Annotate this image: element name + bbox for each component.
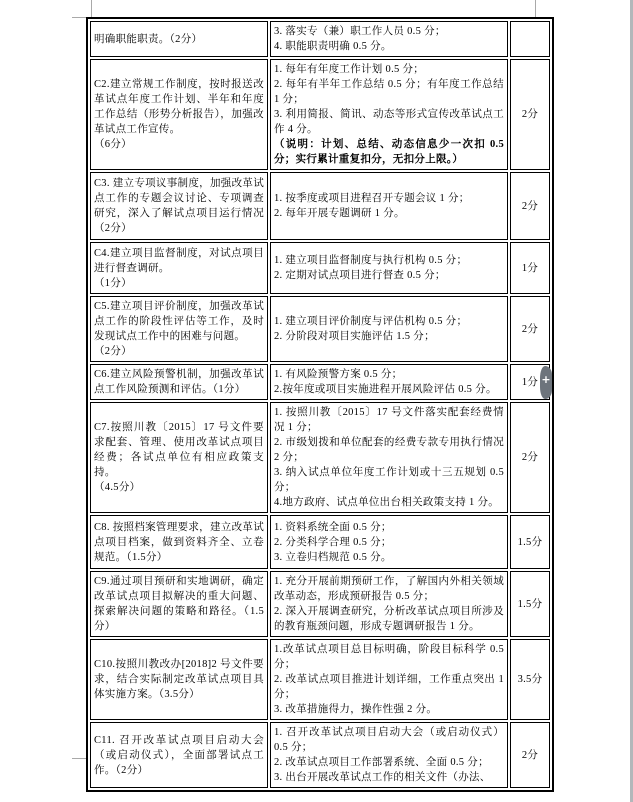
score-cell: 1.5分 <box>510 571 550 637</box>
detail-line: 1.改革试点项目总目标明确，阶段目标科学 0.5 分； <box>274 642 504 672</box>
score-cell <box>510 21 550 57</box>
criteria-cell: C10.按照川教改办[2018]2 号文件要求，结合实际制定改革试点项目具体实施… <box>90 639 268 720</box>
detail-line: 1. 充分开展前期预研工作，了解国内外相关领域改革动态，形成预研报告 0.5 分… <box>274 574 504 604</box>
details-cell: 1. 建立项目监督制度与执行机构 0.5 分；2. 定期对试点项目进行督查 0.… <box>270 242 508 294</box>
criteria-line: （6分） <box>94 137 264 152</box>
score-cell: 2分 <box>510 722 550 788</box>
detail-line: 3. 利用简报、简讯、动态等形式宣传改革试点工作 4 分。 <box>274 107 504 137</box>
table-row: C4.建立项目监督制度，对试点项目进行督查调研。（1分） 1. 建立项目监督制度… <box>90 242 550 294</box>
detail-line: 2. 分阶段对项目实施评估 1.5 分； <box>274 329 504 344</box>
details-cell: 1. 按照川教〔2015〕17 号文件落实配套经费情况 1 分；2. 市级划拨和… <box>270 402 508 513</box>
criteria-cell: C11. 召开改革试点项目启动大会（或启动仪式），全面部署试点工作。（2分） <box>90 722 268 788</box>
table-row: 明确职能职责。（2分） 3. 落实专（兼）职工作人员 0.5 分；4. 职能职责… <box>90 21 550 57</box>
criteria-line: C10.按照川教改办[2018]2 号文件要求，结合实际制定改革试点项目具体实施… <box>94 657 264 702</box>
criteria-line: C6.建立风险预警机制，加强改革试点工作风险预测和评估。（1分） <box>94 367 264 397</box>
score-cell: 2分 <box>510 59 550 170</box>
details-cell: 1. 建立项目评价制度与评估机构 0.5 分；2. 分阶段对项目实施评估 1.5… <box>270 296 508 362</box>
details-cell: 1. 按季度或项目进程召开专题会议 1 分；2. 每年开展专题调研 1 分。 <box>270 172 508 240</box>
plus-handle[interactable]: + <box>540 366 552 399</box>
criteria-cell: C5.建立项目评价制度，加强改革试点工作的阶段性评估等工作，及时发现试点工作中的… <box>90 296 268 362</box>
score-cell: 1.5分 <box>510 515 550 569</box>
score-cell: 2分 <box>510 402 550 513</box>
table-row: C2.建立常规工作制度，按时报送改革试点年度工作计划、半年和年度工作总结（形势分… <box>90 59 550 170</box>
score-cell: 3.5分 <box>510 639 550 720</box>
criteria-cell: 明确职能职责。（2分） <box>90 21 268 57</box>
criteria-line: C4.建立项目监督制度，对试点项目进行督查调研。 <box>94 246 264 276</box>
criteria-line: C2.建立常规工作制度，按时报送改革试点年度工作计划、半年和年度工作总结（形势分… <box>94 77 264 137</box>
score-cell: 1分 <box>510 242 550 294</box>
criteria-cell: C7.按照川教〔2015〕17 号文件要求配套、管理、使用改革试点项目经费；各试… <box>90 402 268 513</box>
plus-icon: + <box>541 374 550 385</box>
details-cell: 1.改革试点项目总目标明确，阶段目标科学 0.5 分；2. 改革试点项目推进计划… <box>270 639 508 720</box>
criteria-line: （4.5分） <box>94 480 264 495</box>
detail-line: 2. 每年开展专题调研 1 分。 <box>274 206 504 221</box>
criteria-line: C8. 按照档案管理要求，建立改革试点项目档案，做到资料齐全、立卷规范。（1.5… <box>94 520 264 565</box>
detail-line: 2. 分类科学合理 0.5 分； <box>274 535 504 550</box>
detail-line: 1. 按季度或项目进程召开专题会议 1 分； <box>274 191 504 206</box>
detail-line: 1. 按照川教〔2015〕17 号文件落实配套经费情况 1 分； <box>274 405 504 435</box>
detail-line: 2. 改革试点项目工作部署系统、全面 0.5 分； <box>274 755 504 770</box>
score-cell: 2分 <box>510 172 550 240</box>
criteria-cell: C4.建立项目监督制度，对试点项目进行督查调研。（1分） <box>90 242 268 294</box>
criteria-line: （2分） <box>94 344 264 359</box>
criteria-cell: C6.建立风险预警机制，加强改革试点工作风险预测和评估。（1分） <box>90 364 268 400</box>
criteria-cell: C8. 按照档案管理要求，建立改革试点项目档案，做到资料齐全、立卷规范。（1.5… <box>90 515 268 569</box>
criteria-cell: C2.建立常规工作制度，按时报送改革试点年度工作计划、半年和年度工作总结（形势分… <box>90 59 268 170</box>
detail-line: 1. 每年有年度工作计划 0.5 分； <box>274 62 504 77</box>
detail-line: 3. 立卷归档规范 0.5 分。 <box>274 550 504 565</box>
detail-line: 1. 资料系统全面 0.5 分； <box>274 520 504 535</box>
criteria-line: C11. 召开改革试点项目启动大会（或启动仪式），全面部署试点工作。（2分） <box>94 733 264 778</box>
detail-line: 1. 建立项目评价制度与评估机构 0.5 分； <box>274 314 504 329</box>
details-cell: 3. 落实专（兼）职工作人员 0.5 分；4. 职能职责明确 0.5 分。 <box>270 21 508 57</box>
detail-line: 2. 深入开展调查研究，分析改革试点项目所涉及的教育瓶颈问题，形成专题调研报告 … <box>274 604 504 634</box>
detail-line: 1. 有风险预警方案 0.5 分； <box>274 367 504 382</box>
table-row: C3. 建立专项议事制度，加强改革试点工作的专题会议讨论、专项调查研究，深入了解… <box>90 172 550 240</box>
detail-line: 1. 召开改革试点项目启动大会（或启动仪式）0.5 分； <box>274 725 504 755</box>
table-row: C10.按照川教改办[2018]2 号文件要求，结合实际制定改革试点项目具体实施… <box>90 639 550 720</box>
details-cell: 1. 充分开展前期预研工作，了解国内外相关领域改革动态，形成预研报告 0.5 分… <box>270 571 508 637</box>
note-line: （说明：计划、总结、动态信息少一次扣 0.5 分；实行累计重复扣分，无扣分上限。… <box>274 137 504 167</box>
details-cell: 1. 每年有年度工作计划 0.5 分；2. 每年有半年工作总结 0.5 分；有年… <box>270 59 508 170</box>
details-cell: 1. 有风险预警方案 0.5 分；2.按年度或项目实施进程开展风险评估 0.5 … <box>270 364 508 400</box>
criteria-line: C7.按照川教〔2015〕17 号文件要求配套、管理、使用改革试点项目经费；各试… <box>94 420 264 480</box>
detail-line: 3. 出台开展改革试点工作的相关文件（办法、 <box>274 770 504 785</box>
detail-line: 3. 改革措施得力，操作性强 2 分。 <box>274 702 504 717</box>
criteria-line: C5.建立项目评价制度，加强改革试点工作的阶段性评估等工作，及时发现试点工作中的… <box>94 299 264 344</box>
table-row: C5.建立项目评价制度，加强改革试点工作的阶段性评估等工作，及时发现试点工作中的… <box>90 296 550 362</box>
detail-line: 3. 纳入试点单位年度工作计划或十三五规划 0.5 分； <box>274 465 504 495</box>
detail-line: 3. 落实专（兼）职工作人员 0.5 分； <box>274 24 504 39</box>
criteria-cell: C3. 建立专项议事制度，加强改革试点工作的专题会议讨论、专项调查研究，深入了解… <box>90 172 268 240</box>
detail-line: 2.按年度或项目实施进程开展风险评估 0.5 分。 <box>274 382 504 397</box>
details-cell: 1. 资料系统全面 0.5 分；2. 分类科学合理 0.5 分；3. 立卷归档规… <box>270 515 508 569</box>
criteria-cell: C9.通过项目预研和实地调研，确定改革试点项目拟解决的重大问题、探索解决问题的策… <box>90 571 268 637</box>
criteria-line: C9.通过项目预研和实地调研，确定改革试点项目拟解决的重大问题、探索解决问题的策… <box>94 574 264 634</box>
detail-line: 4. 职能职责明确 0.5 分。 <box>274 39 504 54</box>
detail-line: 2. 定期对试点项目进行督查 0.5 分； <box>274 268 504 283</box>
criteria-line: C3. 建立专项议事制度，加强改革试点工作的专题会议讨论、专项调查研究，深入了解… <box>94 176 264 236</box>
score-cell: 2分 <box>510 296 550 362</box>
table-row: C11. 召开改革试点项目启动大会（或启动仪式），全面部署试点工作。（2分） 1… <box>90 722 550 788</box>
assessment-table: 明确职能职责。（2分） 3. 落实专（兼）职工作人员 0.5 分；4. 职能职责… <box>86 17 554 792</box>
detail-line: 2. 改革试点项目推进计划详细，工作重点突出 1 分； <box>274 672 504 702</box>
detail-line: 2. 市级划拨和单位配套的经费专款专用执行情况 2 分； <box>274 435 504 465</box>
detail-line: 4.地方政府、试点单位出台相关政策支持 1 分。 <box>274 495 504 510</box>
details-cell: 1. 召开改革试点项目启动大会（或启动仪式）0.5 分；2. 改革试点项目工作部… <box>270 722 508 788</box>
criteria-line: （1分） <box>94 276 264 291</box>
detail-line: 2. 每年有半年工作总结 0.5 分；有年度工作总结 1 分； <box>274 77 504 107</box>
detail-line: 1. 建立项目监督制度与执行机构 0.5 分； <box>274 253 504 268</box>
criteria-line: 明确职能职责。（2分） <box>94 32 264 47</box>
table-row: C9.通过项目预研和实地调研，确定改革试点项目拟解决的重大问题、探索解决问题的策… <box>90 571 550 637</box>
table-row: C7.按照川教〔2015〕17 号文件要求配套、管理、使用改革试点项目经费；各试… <box>90 402 550 513</box>
table-row: C8. 按照档案管理要求，建立改革试点项目档案，做到资料齐全、立卷规范。（1.5… <box>90 515 550 569</box>
table-row: C6.建立风险预警机制，加强改革试点工作风险预测和评估。（1分） 1. 有风险预… <box>90 364 550 400</box>
